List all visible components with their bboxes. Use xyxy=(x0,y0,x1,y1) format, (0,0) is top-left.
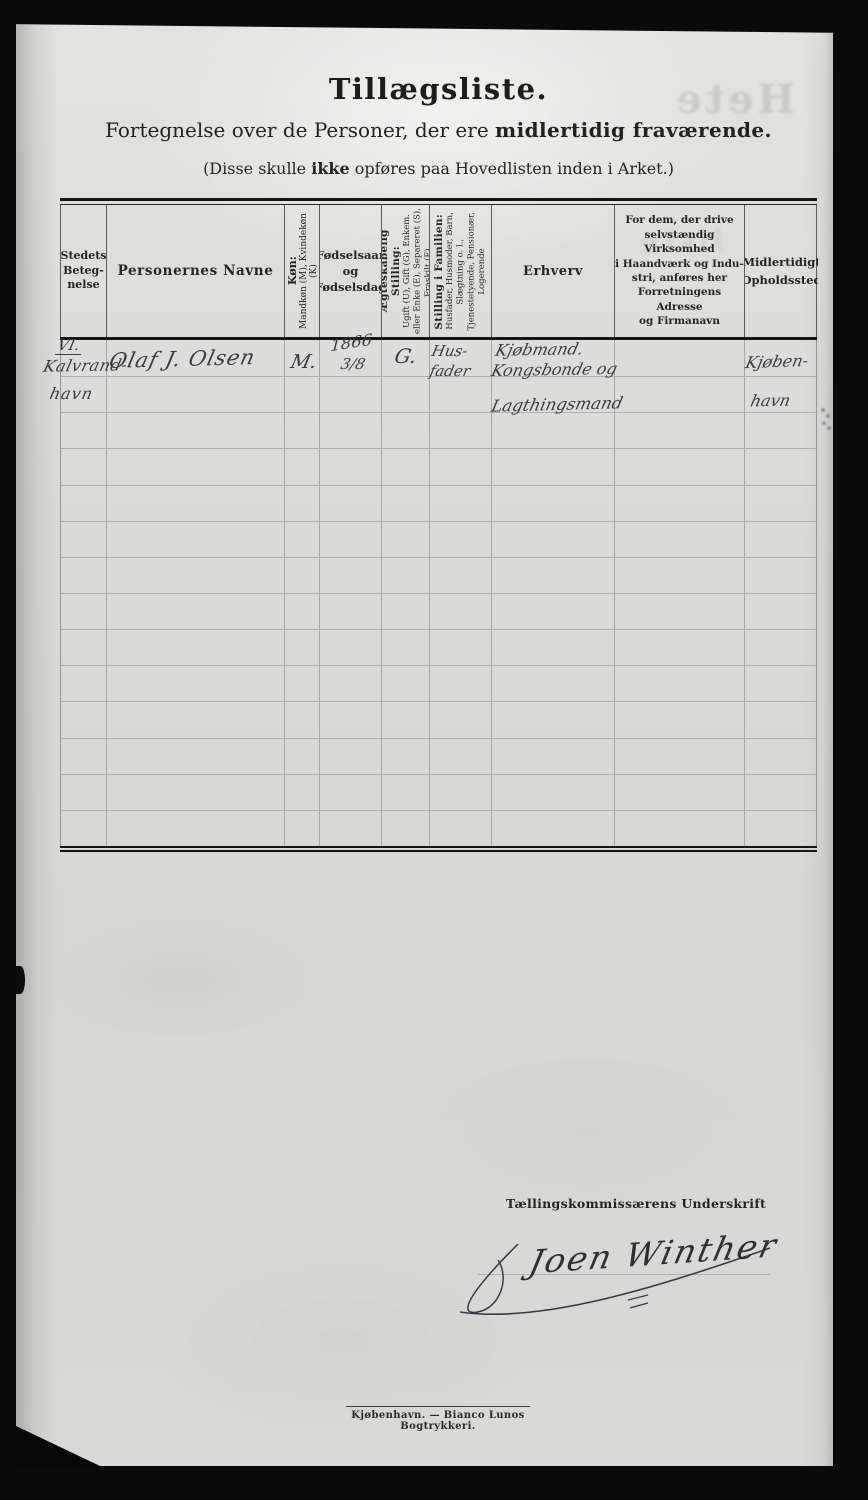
header-line: Ugift (U), Gift (G), Enkem. xyxy=(402,205,413,337)
header-line: i Haandværk og Indu- xyxy=(615,257,744,271)
header-line: Beteg- xyxy=(61,264,106,279)
column-header-marital-status: Ægteskabelig Stilling: Ugift (U), Gift (… xyxy=(381,205,429,337)
table-cell xyxy=(614,448,744,484)
header-line: Forretningens Adresse xyxy=(615,285,744,314)
column-header-business: For dem, der drive selvstændig Virksomhe… xyxy=(614,205,744,337)
handwritten-family-line2: fader xyxy=(428,362,472,380)
table-cell xyxy=(744,593,818,629)
table-cell xyxy=(284,521,319,557)
handwritten-sex: M. xyxy=(289,351,319,373)
handwritten-place-number: VI. xyxy=(55,336,85,355)
table-cell xyxy=(429,376,491,412)
table-cell xyxy=(319,738,381,774)
table-cell xyxy=(744,448,818,484)
table-cell xyxy=(744,701,818,737)
table-cell xyxy=(106,810,284,846)
table-cell xyxy=(429,701,491,737)
table-cell xyxy=(614,412,744,448)
table-rule-top-thick xyxy=(60,198,817,201)
header-line: stri, anføres her xyxy=(615,271,744,285)
table-cell xyxy=(381,448,429,484)
table-cell xyxy=(491,774,614,810)
table-cell xyxy=(106,593,284,629)
table-cell xyxy=(429,774,491,810)
header-line: For dem, der drive xyxy=(615,213,744,227)
header-line: Køn: xyxy=(286,205,299,337)
header-line: Slægtning o. l., xyxy=(456,212,467,331)
table-cell xyxy=(61,521,106,557)
table-cell xyxy=(744,412,818,448)
handwritten-family-line1: Hus- xyxy=(430,342,469,360)
corner-fold-artifact xyxy=(16,1426,100,1466)
table-cell xyxy=(614,629,744,665)
table-cell xyxy=(381,412,429,448)
table-cell xyxy=(319,629,381,665)
table-cell xyxy=(744,774,818,810)
table-cell xyxy=(491,521,614,557)
table-cell xyxy=(381,665,429,701)
table-cell xyxy=(491,738,614,774)
table-cell xyxy=(429,629,491,665)
table-cell xyxy=(106,521,284,557)
table-cell xyxy=(381,376,429,412)
handwritten-occupation-line3: Lagthingsmand xyxy=(489,393,624,415)
table-cell xyxy=(61,485,106,521)
table-cell xyxy=(319,521,381,557)
header-line: Husfader, Husmoder, Barn, xyxy=(445,212,456,331)
table-cell xyxy=(106,376,284,412)
table-cell xyxy=(429,448,491,484)
table-cell xyxy=(614,593,744,629)
header-label: Personernes Navne xyxy=(118,263,274,279)
table-cell xyxy=(106,485,284,521)
header-line: og Firmanavn xyxy=(615,314,744,328)
table-cell xyxy=(429,738,491,774)
table-cell xyxy=(106,557,284,593)
column-header-occupation: Erhverv xyxy=(491,205,614,337)
header-line: Stedets xyxy=(61,249,106,264)
table-cell xyxy=(429,593,491,629)
table-body xyxy=(60,340,817,846)
handwritten-residence-line2: havn xyxy=(749,391,793,411)
table-cell xyxy=(106,665,284,701)
table-cell xyxy=(284,593,319,629)
subtitle-prefix: Fortegnelse over de Personer, der ere xyxy=(105,118,495,142)
column-header-family-position: Stilling i Familien: Husfader, Husmoder,… xyxy=(429,205,491,337)
handwritten-occupation-line2: Kongsbonde og xyxy=(490,359,620,380)
table-cell xyxy=(61,738,106,774)
table-cell xyxy=(284,412,319,448)
table-cell xyxy=(744,557,818,593)
table-cell xyxy=(106,701,284,737)
census-table: Stedets Beteg- nelse Personernes Navne K… xyxy=(60,198,817,854)
table-cell xyxy=(614,521,744,557)
table-cell xyxy=(319,557,381,593)
table-cell xyxy=(381,810,429,846)
table-cell xyxy=(381,629,429,665)
table-cell xyxy=(284,376,319,412)
page-note: (Disse skulle ikke opføres paa Hovedlist… xyxy=(60,159,817,178)
table-cell xyxy=(744,810,818,846)
column-header-place: Stedets Beteg- nelse xyxy=(61,205,106,337)
table-cell xyxy=(381,701,429,737)
table-cell xyxy=(61,448,106,484)
page-subtitle: Fortegnelse over de Personer, der ere mi… xyxy=(60,118,817,142)
table-cell xyxy=(744,629,818,665)
table-cell xyxy=(429,810,491,846)
table-cell xyxy=(491,629,614,665)
header-line: Tjenestetyende, Pensionær, xyxy=(467,212,478,331)
table-cell xyxy=(614,557,744,593)
table-cell xyxy=(429,665,491,701)
imprint-rule xyxy=(346,1406,530,1407)
table-cell xyxy=(614,738,744,774)
table-cell xyxy=(744,738,818,774)
table-cell xyxy=(491,485,614,521)
header-line: Ægteskabelig Stilling: xyxy=(381,205,402,337)
table-cell xyxy=(61,810,106,846)
header-line: Fraskilt (F). xyxy=(423,205,429,337)
table-cell xyxy=(319,448,381,484)
header-line: eller Enke (E), Separeret (S), xyxy=(412,205,423,337)
table-cell xyxy=(284,448,319,484)
table-cell xyxy=(744,665,818,701)
table-cell xyxy=(381,485,429,521)
table-cell xyxy=(744,485,818,521)
table-cell xyxy=(61,629,106,665)
header-line: og xyxy=(319,263,381,279)
table-cell xyxy=(61,774,106,810)
note-bold: ikke xyxy=(311,159,349,178)
table-cell xyxy=(429,521,491,557)
header-line: nelse xyxy=(61,278,106,293)
table-cell xyxy=(319,485,381,521)
table-cell xyxy=(106,448,284,484)
table-cell xyxy=(61,557,106,593)
header-line: Stilling i Familien: xyxy=(433,212,445,331)
paper-texture xyxy=(16,860,833,1460)
table-cell xyxy=(284,774,319,810)
table-cell xyxy=(491,448,614,484)
table-cell xyxy=(319,593,381,629)
table-cell xyxy=(61,593,106,629)
table-cell xyxy=(284,738,319,774)
table-cell xyxy=(284,810,319,846)
table-cell xyxy=(319,701,381,737)
handwritten-place-line2: havn xyxy=(48,384,95,403)
signature-label: Tællingskommissærens Underskrift xyxy=(486,1196,786,1211)
table-cell xyxy=(106,412,284,448)
table-cell xyxy=(491,593,614,629)
table-cell xyxy=(284,557,319,593)
handwritten-residence-line1: Kjøben- xyxy=(744,351,811,372)
table-cell xyxy=(614,701,744,737)
margin-pencil-marks xyxy=(819,406,833,432)
table-cell xyxy=(381,593,429,629)
header-line: Fødselsdag xyxy=(319,279,381,295)
header-line: Mandkøn (M), Kvindekøn (K) xyxy=(299,205,319,337)
header-label: Erhverv xyxy=(523,264,583,279)
table-header-row: Stedets Beteg- nelse Personernes Navne K… xyxy=(60,205,817,337)
header-line: selvstændig Virksomhed xyxy=(615,228,744,257)
table-cell xyxy=(614,665,744,701)
table-cell xyxy=(491,557,614,593)
table-cell xyxy=(381,738,429,774)
table-cell xyxy=(319,665,381,701)
edge-mark-artifact xyxy=(16,966,25,994)
column-header-sex: Køn: Mandkøn (M), Kvindekøn (K) xyxy=(284,205,319,337)
table-cell xyxy=(319,412,381,448)
column-header-birth: Fødselsaar og Fødselsdag xyxy=(319,205,381,337)
subtitle-bold: midlertidig fraværende. xyxy=(495,118,772,142)
printer-imprint: Kjøbenhavn. — Bianco Lunos Bogtrykkeri. xyxy=(312,1410,564,1432)
table-cell xyxy=(61,701,106,737)
column-header-name: Personernes Navne xyxy=(106,205,284,337)
table-cell xyxy=(106,774,284,810)
scanned-census-page: Hete liste Tillægsliste. Fortegnelse ove… xyxy=(0,0,868,1500)
table-rule-bottom-thin xyxy=(60,850,817,852)
handwritten-occupation-line1: Kjøbmand. xyxy=(494,339,586,360)
table-cell xyxy=(61,665,106,701)
page-title: Tillægsliste. xyxy=(60,72,817,106)
header-line: Midlertidigt xyxy=(744,253,818,271)
table-cell xyxy=(106,738,284,774)
table-cell xyxy=(614,340,744,376)
table-cell xyxy=(491,665,614,701)
table-cell xyxy=(429,485,491,521)
handwritten-birth-day: 3/8 xyxy=(339,355,367,373)
table-cell xyxy=(381,557,429,593)
table-cell xyxy=(614,485,744,521)
table-cell xyxy=(614,774,744,810)
table-cell xyxy=(319,774,381,810)
table-cell xyxy=(429,412,491,448)
column-header-temporary-residence: Midlertidigt Opholdssted xyxy=(744,205,818,337)
table-cell xyxy=(491,412,614,448)
table-cell xyxy=(491,810,614,846)
table-cell xyxy=(381,774,429,810)
table-cell xyxy=(381,521,429,557)
header-line: Fødselsaar xyxy=(319,247,381,263)
table-cell xyxy=(744,521,818,557)
table-cell xyxy=(106,629,284,665)
note-prefix: (Disse skulle xyxy=(203,159,311,178)
table-cell xyxy=(319,810,381,846)
table-cell xyxy=(284,629,319,665)
table-cell xyxy=(284,485,319,521)
header-line: Logerende xyxy=(477,212,488,331)
table-cell xyxy=(614,810,744,846)
table-rule-bottom-thick xyxy=(60,846,817,848)
handwritten-person-name: Olaf J. Olsen xyxy=(107,345,258,373)
header-line: Opholdssted xyxy=(744,271,818,289)
table-cell xyxy=(61,412,106,448)
table-cell xyxy=(284,701,319,737)
note-suffix: opføres paa Hovedlisten inden i Arket.) xyxy=(350,159,674,178)
table-cell xyxy=(491,701,614,737)
table-cell xyxy=(614,376,744,412)
table-cell xyxy=(319,376,381,412)
table-cell xyxy=(429,557,491,593)
table-cell xyxy=(284,665,319,701)
